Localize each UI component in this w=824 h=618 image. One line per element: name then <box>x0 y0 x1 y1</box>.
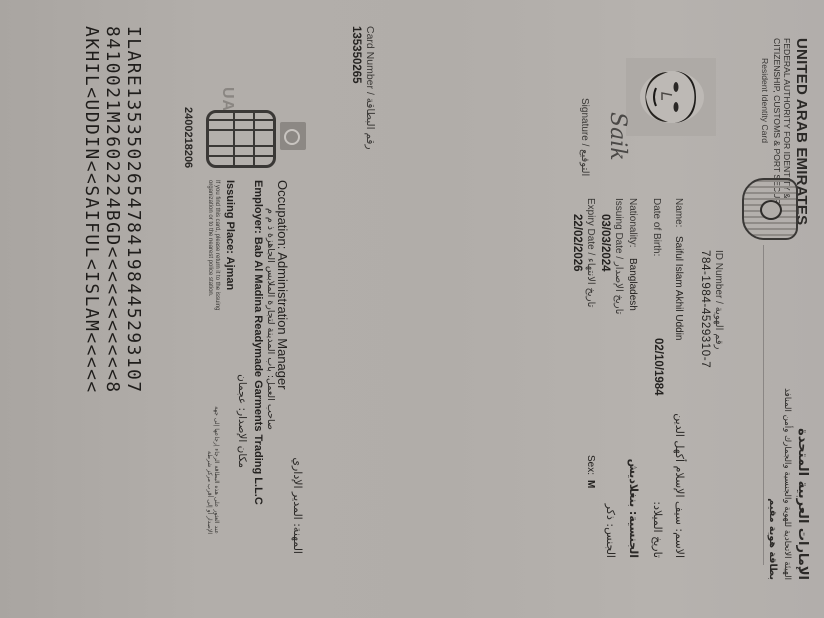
holder-photo <box>626 58 716 136</box>
sex-value: M <box>585 480 596 488</box>
mrz-line-2: 8410021M2602224BGD<<<<<<<<<<<8 <box>102 26 123 394</box>
found-notice-line-1: If you find this card, please return it … <box>213 180 220 310</box>
arabic-country-title: الإمارات العربية المتحدة <box>795 428 810 580</box>
issuing-date: 03/03/2024 <box>599 214 611 272</box>
arabic-name: الاسم: سيف الإسلام أكهل الدين <box>673 413 686 558</box>
expiry-date: 22/02/2026 <box>571 214 583 272</box>
uae-emblem-icon <box>742 178 798 240</box>
arabic-found-notice-line-1: عند العثور على هذه البطاقة الرجاء إرجاعه… <box>213 406 220 534</box>
smart-chip-icon <box>206 110 276 168</box>
arabic-issuing-place: مكان الإصدار: عجمان <box>236 374 248 468</box>
issuing-place-label: Issuing Place: <box>224 180 236 254</box>
nationality-label: Nationality: <box>627 198 638 247</box>
issuing-place: Issuing Place: Ajman <box>224 180 236 290</box>
card-serial: 2400218206 <box>182 107 194 168</box>
nationality-value: Bangladesh <box>627 258 638 311</box>
signature-label: Signature / التوقيع <box>579 98 590 176</box>
issuing-date-label: Issuing Date / تاريخ الإصدار <box>613 198 624 314</box>
arabic-authority: الهيئة الاتحادية للهوية والجنسية والجمار… <box>782 388 792 580</box>
card-type: Resident Identity Card <box>760 58 770 143</box>
name-label: Name: <box>673 198 684 227</box>
hologram-icon <box>280 122 306 150</box>
id-number: 784-1984-4529310-7 <box>699 250 711 368</box>
dob-value: 02/10/1984 <box>652 338 664 396</box>
occupation: Occupation: Administration Manager <box>275 180 290 390</box>
id-card-photocopy: UNITED ARAB EMIRATES FEDERAL AUTHORITY F… <box>0 0 824 618</box>
card-number-label: Card Number / رقم البطاقة <box>364 26 376 150</box>
arabic-sex: الجنس: ذكر <box>604 504 617 558</box>
authority-line-1: FEDERAL AUTHORITY FOR IDENTITY & <box>782 38 792 199</box>
dob-label: Date of Birth: <box>651 198 662 256</box>
employer: Employer: Bab Al Madina Readymade Garmen… <box>252 180 264 505</box>
mrz-line-1: ILARE1353502654784198445293107 <box>123 26 144 394</box>
employer-label: Employer: <box>252 180 264 234</box>
card-number-value: 13535026 <box>350 26 362 77</box>
card-number: 135350265 <box>350 26 362 84</box>
arabic-nationality: الجنسية: بنغلاديش <box>627 459 640 558</box>
id-number-label: ID Number / رقم الهوية <box>713 250 724 349</box>
signature-mark: Saik <box>605 112 630 161</box>
arabic-employer: صاحب العمل: باب المدينة لتجارة الملابس ا… <box>265 180 276 430</box>
occupation-value: Administration Manager <box>275 252 290 389</box>
employer-value: Bab Al Madina Readymade Garments Trading… <box>252 237 264 505</box>
expiry-date-label: Expiry Date / تاريخ الانتهاء <box>585 198 596 307</box>
mrz-line-3: AKHIL<UDDIN<<SAIFUL<ISLAM<<<<< <box>81 26 102 394</box>
arabic-occupation: المهنة: المدير الإداري <box>291 457 304 554</box>
found-notice-line-2: organization or to the nearest police st… <box>206 180 213 296</box>
arabic-dob-label: تاريخ الميلاد: <box>651 501 664 558</box>
issuing-place-value: Ajman <box>224 257 236 291</box>
sex-label: Sex: <box>585 455 596 475</box>
occupation-label: Occupation: <box>275 180 290 249</box>
arabic-card-type: بطاقة هوية مقيم <box>767 498 778 580</box>
arabic-found-notice-line-2: الإصدار أو إلى أقرب مركز شرطة <box>206 451 213 534</box>
header-divider <box>763 245 764 565</box>
name-value: Saiful Islam Akhil Uddin <box>673 236 684 341</box>
card-number-check: 5 <box>350 77 362 83</box>
